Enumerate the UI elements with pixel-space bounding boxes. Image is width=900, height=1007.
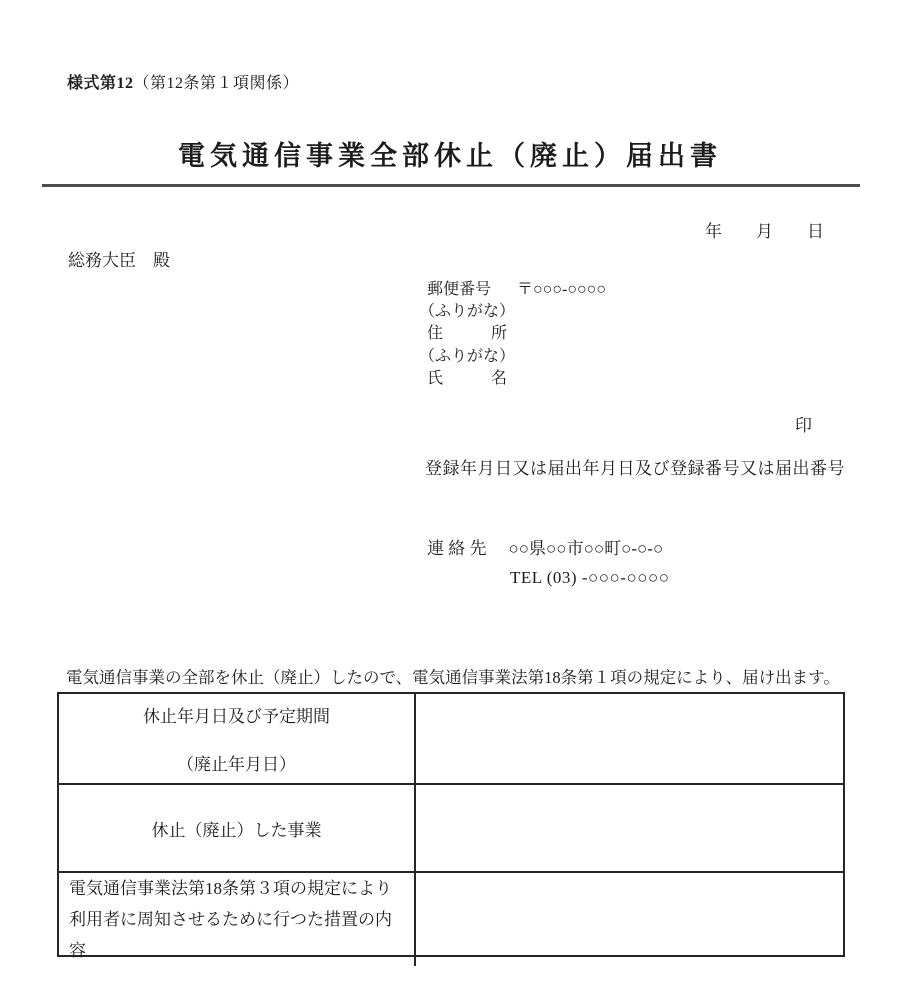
applicant-block: 郵便番号 〒○○○-○○○○ （ふりがな） 住 所 （ふりがな） 氏 名: [419, 279, 606, 390]
row-label-line2: （廃止年月日）: [177, 750, 296, 775]
form-reference: （第12条第１項関係）: [134, 75, 300, 92]
contact-line: 連 絡 先 ○○県○○市○○町○-○-○: [427, 534, 663, 559]
row-label-suspended-business: 休止（廃止）した事業: [59, 783, 416, 871]
postal-value: 〒○○○-○○○○: [517, 279, 606, 301]
page-title: 電気通信事業全部休止（廃止）届出書: [0, 134, 900, 173]
address-label: 住 所: [419, 323, 606, 345]
contact-value: ○○県○○市○○町○-○-○: [509, 534, 664, 559]
name-label: 氏 名: [419, 368, 606, 390]
row-label-user-notification: 電気通信事業法第18条第３項の規定により利用者に周知させるために行つた措置の内容: [59, 871, 416, 966]
postal-row: 郵便番号 〒○○○-○○○○: [419, 279, 606, 301]
row-label-line1: 休止（廃止）した事業: [152, 816, 322, 841]
furigana-name-label: （ふりがな）: [419, 346, 606, 368]
form-number-line: 様式第12（第12条第１項関係）: [67, 70, 299, 93]
value-cell-user-notification: [416, 871, 843, 966]
form-page: 様式第12（第12条第１項関係） 電気通信事業全部休止（廃止）届出書 年 月 日…: [0, 0, 900, 1007]
contact-label: 連 絡 先: [427, 534, 487, 559]
value-cell-suspended-business: [416, 783, 843, 871]
declaration-text: 電気通信事業の全部を休止（廃止）したので、電気通信事業法第18条第１項の規定によ…: [66, 664, 840, 688]
form-number: 様式第12: [67, 75, 134, 92]
value-cell-suspension-date: [416, 694, 843, 783]
furigana-address-label: （ふりがな）: [419, 301, 606, 323]
postal-label: 郵便番号: [427, 279, 491, 301]
date-line: 年 月 日: [705, 217, 824, 242]
seal-mark: 印: [795, 411, 812, 436]
registration-line: 登録年月日又は届出年月日及び登録番号又は届出番号: [425, 454, 845, 479]
title-divider: [42, 184, 860, 187]
tel-line: TEL (03) -○○○-○○○○: [510, 568, 670, 588]
row-label-suspension-date: 休止年月日及び予定期間 （廃止年月日）: [59, 694, 416, 783]
form-table: 休止年月日及び予定期間 （廃止年月日） 休止（廃止）した事業 電気通信事業法第1…: [57, 692, 845, 957]
row-label-line1: 休止年月日及び予定期間: [143, 702, 330, 727]
addressee: 総務大臣 殿: [68, 246, 170, 271]
row-label-line1: 電気通信事業法第18条第３項の規定により利用者に周知させるために行つた措置の内容: [69, 873, 404, 966]
